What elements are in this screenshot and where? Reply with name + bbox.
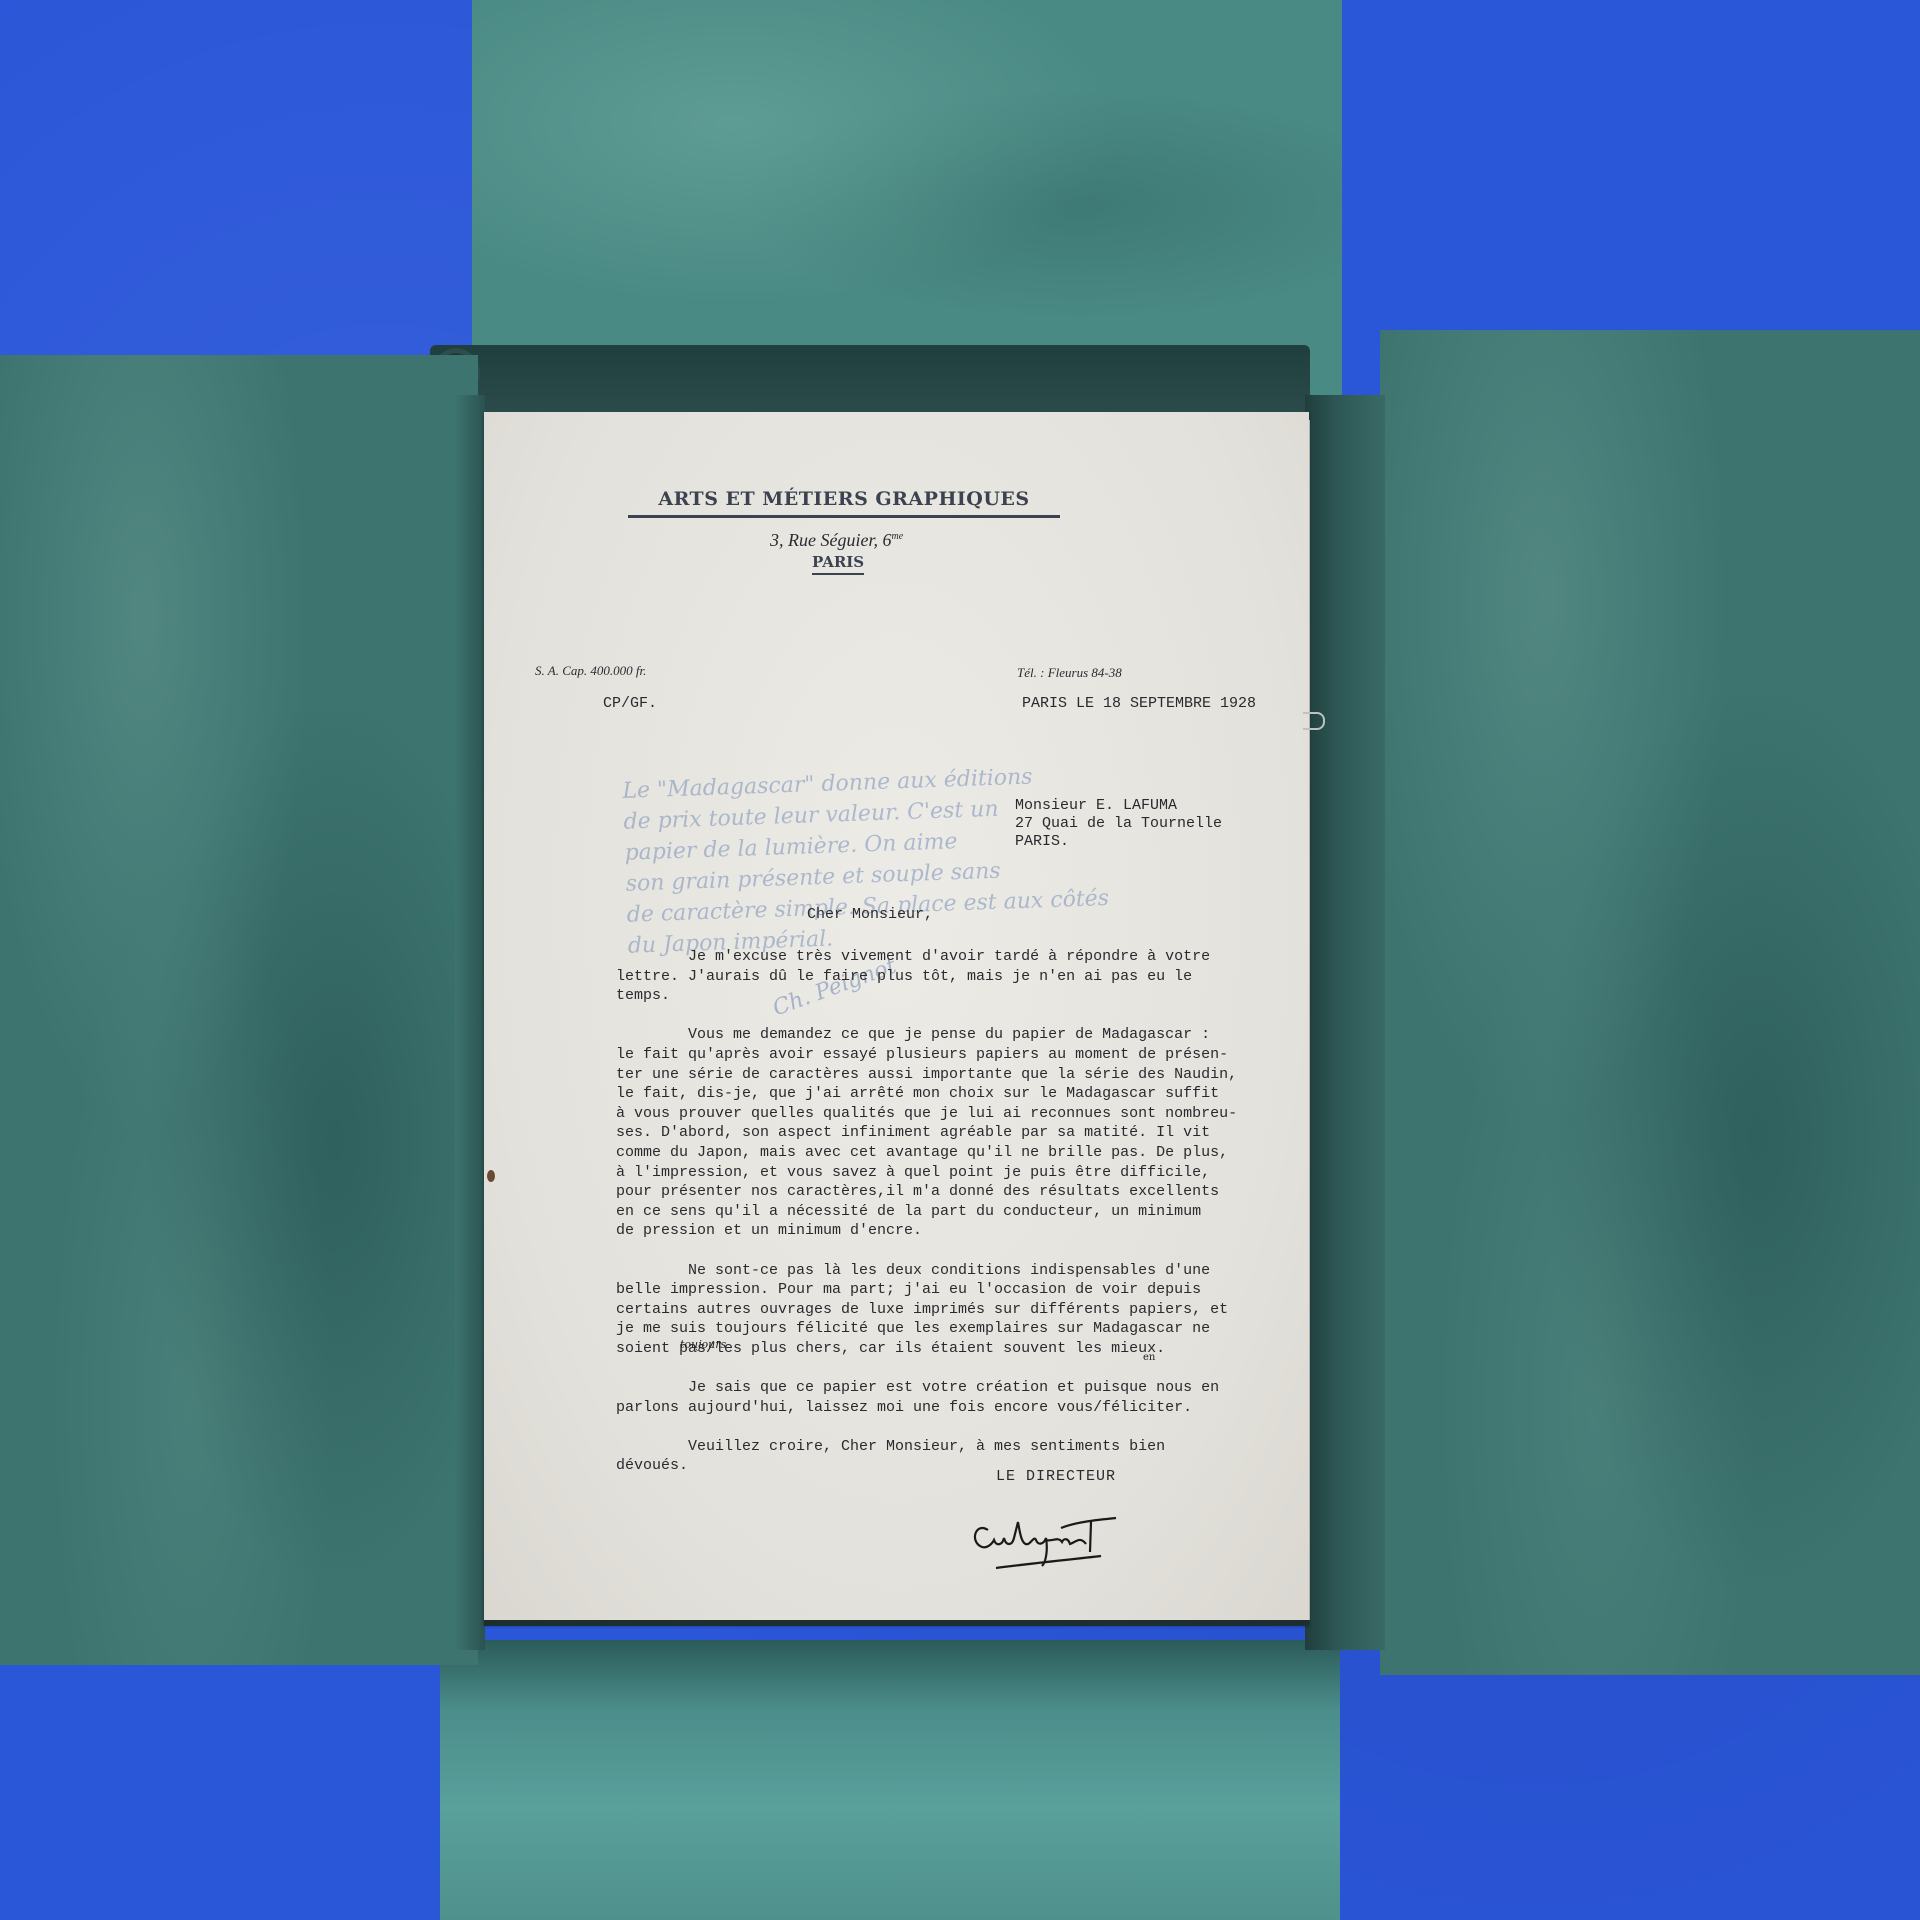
- closing-title: LE DIRECTEUR: [996, 1468, 1116, 1485]
- letterhead-city: PARIS: [812, 553, 864, 575]
- folder-bottom-flap[interactable]: [440, 1640, 1340, 1920]
- folder-top-fold: [430, 345, 1310, 415]
- handwritten-insert-toujours: toujours: [680, 1338, 726, 1351]
- letter-greeting: Cher Monsieur,: [807, 906, 933, 923]
- folder-left-flap[interactable]: [0, 355, 478, 1665]
- letterhead-address: 3, Rue Séguier, 6me: [770, 530, 903, 551]
- address-sup: me: [891, 531, 903, 542]
- letterhead-company: ARTS ET MÉTIERS GRAPHIQUES: [628, 488, 1060, 518]
- signature-icon: [966, 1500, 1126, 1575]
- paper-clip: [1303, 712, 1325, 730]
- letterhead-capital: S. A. Cap. 400.000 fr.: [535, 663, 646, 679]
- letter-reference: CP/GF.: [603, 695, 657, 712]
- rust-spot: [487, 1170, 495, 1182]
- folder-left-spine: [455, 395, 485, 1650]
- letter-body: Je m'excuse très vivement d'avoir tardé …: [616, 947, 1276, 1476]
- folder-right-flap[interactable]: [1380, 330, 1920, 1675]
- letter-date: PARIS LE 18 SEPTEMBRE 1928: [1022, 695, 1256, 712]
- letterhead-telephone: Tél. : Fleurus 84-38: [1017, 665, 1122, 681]
- pencil-annotation: Le "Madagascar" donne aux éditions de pr…: [622, 756, 1188, 961]
- address-text: 3, Rue Séguier, 6: [770, 530, 891, 550]
- folder-right-spine: [1305, 395, 1385, 1650]
- paper-shadow: [484, 1620, 1309, 1626]
- letter-recipient: Monsieur E. LAFUMA 27 Quai de la Tournel…: [1015, 797, 1222, 851]
- handwritten-insert-on: en: [1143, 1352, 1155, 1363]
